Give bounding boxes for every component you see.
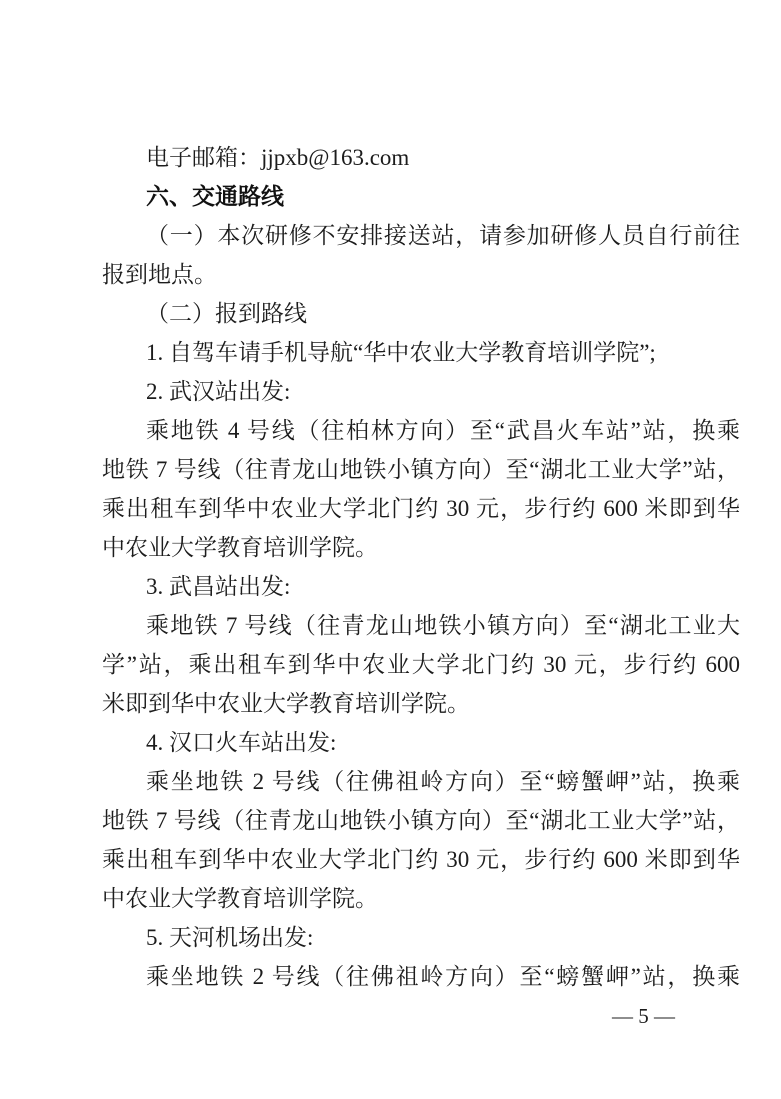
document-page: { "doc": { "lines": [ { "text": "电子邮箱：jj… [0,0,781,1099]
route-wuchang-station-line-2: 学”站，乘出租车到华中农业大学北门约 30 元，步行约 600 [102,645,740,684]
route-wuhan-station-line-1: 乘地铁 4 号线（往柏林方向）至“武昌火车站”站，换乘 [102,411,740,450]
section-heading: 六、交通路线 [102,177,740,216]
subsection-heading: （二）报到路线 [102,294,740,333]
email-line: 电子邮箱：jjpxb@163.com [102,138,740,177]
route-hankou-station-line-4: 中农业大学教育培训学院。 [102,879,740,918]
route-wuchang-station-line-1: 乘地铁 7 号线（往青龙山地铁小镇方向）至“湖北工业大 [102,606,740,645]
pickup-note-line-2: 报到地点。 [102,255,740,294]
route-wuhan-station-line-2: 地铁 7 号线（往青龙山地铁小镇方向）至“湖北工业大学”站， [102,450,740,489]
route-self-drive: 1. 自驾车请手机导航“华中农业大学教育培训学院”; [102,333,740,372]
route-hankou-station-line-2: 地铁 7 号线（往青龙山地铁小镇方向）至“湖北工业大学”站， [102,801,740,840]
route-hankou-station-line-3: 乘出租车到华中农业大学北门约 30 元，步行约 600 米即到华 [102,840,740,879]
route-wuchang-station-title: 3. 武昌站出发: [102,567,740,606]
route-wuhan-station-title: 2. 武汉站出发: [102,372,740,411]
route-hankou-station-line-1: 乘坐地铁 2 号线（往佛祖岭方向）至“螃蟹岬”站，换乘 [102,762,740,801]
route-tianhe-airport-line-1: 乘坐地铁 2 号线（往佛祖岭方向）至“螃蟹岬”站，换乘 [102,957,740,996]
document-body: 电子邮箱：jjpxb@163.com 六、交通路线 （一）本次研修不安排接送站，… [0,138,781,996]
route-wuhan-station-line-4: 中农业大学教育培训学院。 [102,528,740,567]
route-wuchang-station-line-3: 米即到华中农业大学教育培训学院。 [102,684,740,723]
route-wuhan-station-line-3: 乘出租车到华中农业大学北门约 30 元，步行约 600 米即到华 [102,489,740,528]
route-hankou-station-title: 4. 汉口火车站出发: [102,723,740,762]
page-number: — 5 — [612,1002,675,1030]
route-tianhe-airport-title: 5. 天河机场出发: [102,918,740,957]
pickup-note-line-1: （一）本次研修不安排接送站，请参加研修人员自行前往 [102,216,740,255]
